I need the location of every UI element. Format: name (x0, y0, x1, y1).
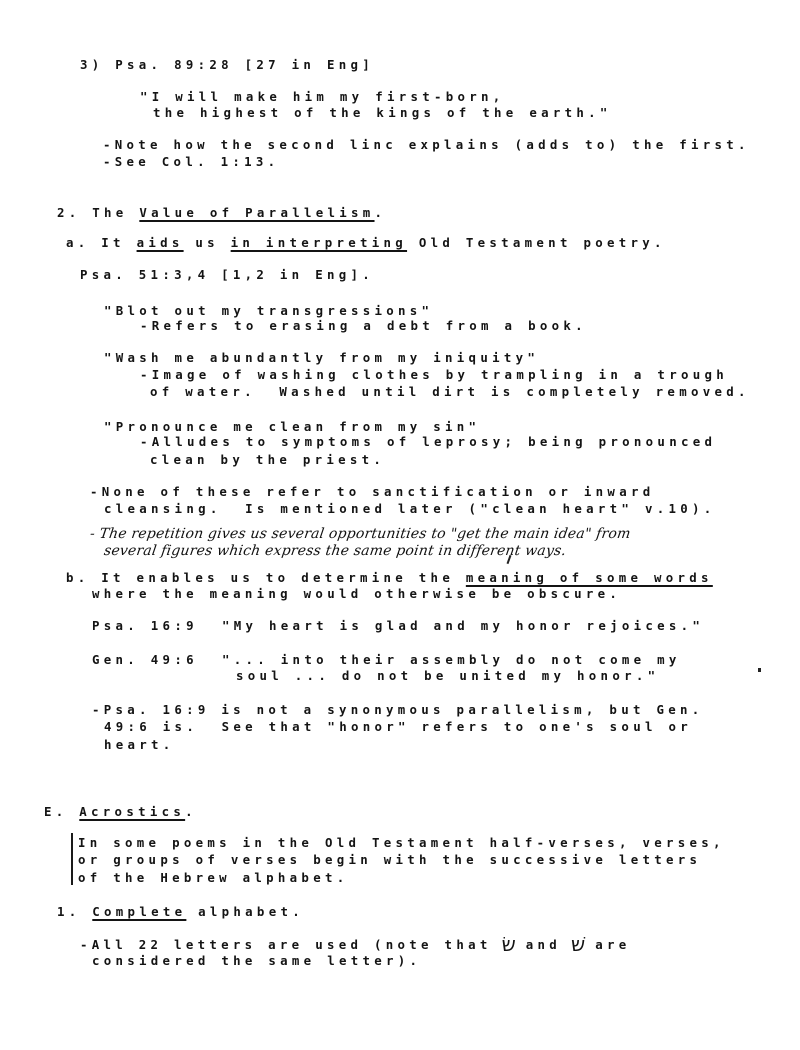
all-22-letters-line2: considered the same letter). (92, 953, 421, 969)
all22-prefix: -All 22 letters are used (note that (80, 937, 492, 952)
example-3-note-line1: -Alludes to symptoms of leprosy; being p… (140, 434, 716, 450)
point-b-underlined: meaning of some words (466, 570, 713, 585)
example-1-note-line1: -Refers to erasing a debt from a book. (140, 318, 587, 334)
conclusion-line1: -Psa. 16:9 is not a synonymous paralleli… (92, 702, 704, 718)
example-3-note-line2: clean by the priest. (150, 452, 385, 468)
gen49-quote-line2: soul ... do not be united my honor." (236, 668, 659, 684)
psa89-heading: 3) Psa. 89:28 [27 in Eng] (80, 57, 374, 73)
point-1-rest: alphabet. (186, 904, 304, 919)
point-b-line1: b. It enables us to determine the meanin… (66, 570, 713, 586)
scan-speck (758, 668, 761, 672)
hebrew-shin-letter-icon: שׁ (561, 936, 595, 952)
all22-and: and (526, 937, 561, 952)
gen49-quote-line1: "... into their assembly do not come my (222, 652, 681, 668)
all-22-letters-line1: -All 22 letters are used (note thatשׂand… (80, 936, 631, 953)
point-b-prefix: b. It enables us to determine the (66, 570, 466, 585)
example-1-quote: "Blot out my transgressions" (104, 303, 433, 319)
point-a-prefix: a. It (66, 235, 137, 250)
point-a-suffix: Old Testament poetry. (407, 235, 666, 250)
gen49-reference: Gen. 49:6 (92, 652, 198, 668)
point-b-line2: where the meaning would otherwise be obs… (92, 586, 621, 602)
point-a-mid: us (184, 235, 231, 250)
conclusion-line3: heart. (104, 737, 175, 753)
section-title-end: . (375, 205, 387, 220)
none-note-line1: -None of these refer to sanctification o… (90, 484, 654, 500)
handwritten-note-line2: several figures which express the same p… (103, 543, 567, 559)
margin-bracket-line (71, 833, 73, 885)
psa16-reference: Psa. 16:9 (92, 618, 198, 634)
handwritten-note-line1: - The repetition gives us several opport… (89, 526, 632, 542)
section-title: Value of Parallelism (139, 205, 374, 220)
example-2-quote: "Wash me abundantly from my iniquity" (104, 350, 539, 366)
section-letter: E. (44, 804, 79, 819)
psa89-quote-line1: "I will make him my first-born, (140, 89, 505, 105)
psa16-quote: "My heart is glad and my honor rejoices.… (222, 618, 704, 634)
section-number: 2. The (57, 205, 139, 220)
section-title-end: . (185, 804, 197, 819)
psa51-reference: Psa. 51:3,4 [1,2 in Eng]. (80, 267, 374, 283)
example-2-note-line2: of water. Washed until dirt is completel… (150, 384, 750, 400)
point-1-number: 1. (57, 904, 92, 919)
point-1-complete-alphabet: 1. Complete alphabet. (57, 904, 304, 920)
acrostics-intro-line3: of the Hebrew alphabet. (78, 870, 348, 886)
section-title-acrostics: Acrostics (79, 804, 185, 819)
acrostics-intro-line2: or groups of verses begin with the succe… (78, 852, 701, 868)
conclusion-line2: 49:6 is. See that "honor" refers to one'… (104, 719, 692, 735)
section-heading-value-of-parallelism: 2. The Value of Parallelism. (57, 205, 386, 221)
point-1-underlined: Complete (92, 904, 186, 919)
example-2-note-line1: -Image of washing clothes by trampling i… (140, 367, 728, 383)
point-a-aids: aids (137, 235, 184, 250)
hebrew-sin-letter-icon: שׂ (492, 936, 526, 952)
point-a: a. It aids us in interpreting Old Testam… (66, 235, 666, 251)
point-a-interpreting: in interpreting (231, 235, 407, 250)
psa89-quote-line2: the highest of the kings of the earth." (153, 105, 612, 121)
psa89-note: -Note how the second linc explains (adds… (103, 137, 750, 153)
acrostics-intro-line1: In some poems in the Old Testament half-… (78, 835, 725, 851)
section-heading-acrostics: E. Acrostics. (44, 804, 197, 820)
none-note-line2: cleansing. Is mentioned later ("clean he… (104, 501, 716, 517)
all22-suffix: are (595, 937, 630, 952)
example-3-quote: "Pronounce me clean from my sin" (104, 419, 480, 435)
psa89-see-reference: -See Col. 1:13. (103, 154, 279, 170)
